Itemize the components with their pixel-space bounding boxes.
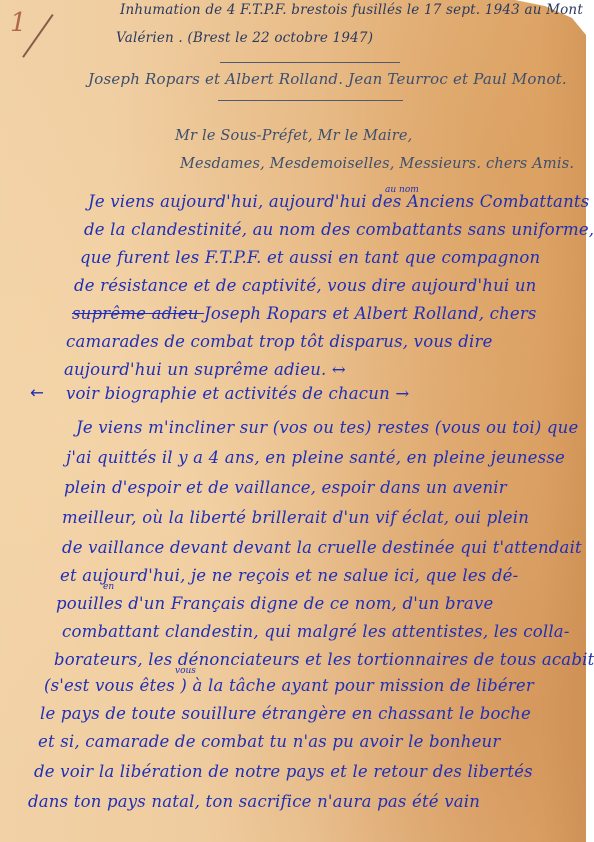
body-line-11: plein d'espoir et de vaillance, espoir d… bbox=[64, 478, 507, 497]
body-line-4-text: de résistance et de captivité, vous dire… bbox=[74, 276, 537, 295]
margin-arrow-left-icon: ← bbox=[30, 383, 44, 402]
body-line-7: aujourd'hui un suprême adieu. ↔ bbox=[64, 360, 346, 379]
body-line-5-text: Joseph Ropars et Albert Rolland, chers bbox=[204, 304, 537, 323]
body-line-5: suprême adieu Joseph Ropars et Albert Ro… bbox=[72, 304, 537, 323]
body-line-13: de vaillance devant devant la cruelle de… bbox=[62, 538, 582, 557]
insertion-en: en bbox=[103, 582, 114, 592]
body-line-6: camarades de combat trop tôt disparus, v… bbox=[66, 332, 493, 351]
page-number: 1 bbox=[10, 8, 27, 38]
body-line-14: et aujourd'hui, je ne reçois et ne salue… bbox=[60, 566, 518, 585]
body-line-22: dans ton pays natal, ton sacrifice n'aur… bbox=[28, 792, 480, 811]
body-line-17: borateurs, les dénonciateurs et les tort… bbox=[54, 650, 594, 669]
body-line-1: Je viens aujourd'hui, aujourd'hui des An… bbox=[88, 192, 589, 211]
body-line-12: meilleur, où la liberté brillerait d'un … bbox=[62, 508, 529, 527]
body-line-16: combattant clandestin, qui malgré les at… bbox=[62, 622, 570, 641]
body-line-20: et si, camarade de combat tu n'as pu avo… bbox=[38, 732, 500, 751]
body-line-19: le pays de toute souillure étrangère en … bbox=[40, 704, 531, 723]
body-line-note: voir biographie et activités de chacun → bbox=[66, 384, 409, 403]
header-rule-top bbox=[220, 62, 400, 63]
body-line-15: pouilles d'un Français digne de ce nom, … bbox=[56, 594, 493, 613]
body-line-3: que furent les F.T.P.F. et aussi en tant… bbox=[80, 248, 540, 267]
salutation-line-2: Mesdames, Mesdemoiselles, Messieurs. che… bbox=[180, 156, 574, 172]
header-rule-bottom bbox=[218, 100, 403, 101]
body-line-2: de la clandestinité, au nom des combatta… bbox=[84, 220, 594, 239]
struck-supreme-adieu: suprême adieu bbox=[72, 304, 204, 323]
salutation-line-1: Mr le Sous-Préfet, Mr le Maire, bbox=[175, 128, 413, 144]
insertion-vous: vous bbox=[175, 666, 196, 676]
body-line-18: (s'est vous êtes ) à la tâche ayant pour… bbox=[44, 676, 534, 695]
header-names: Joseph Ropars et Albert Rolland. Jean Te… bbox=[88, 70, 567, 88]
body-line-4: de résistance et de captivité, vous dire… bbox=[74, 276, 537, 295]
header-line-2: Valérien . (Brest le 22 octobre 1947) bbox=[116, 30, 373, 46]
body-line-9: Je viens m'incliner sur (vos ou tes) res… bbox=[76, 418, 578, 437]
body-line-10: j'ai quittés il y a 4 ans, en pleine san… bbox=[66, 448, 565, 467]
header-line-1: Inhumation de 4 F.T.P.F. brestois fusill… bbox=[120, 2, 583, 18]
body-line-21: de voir la libération de notre pays et l… bbox=[34, 762, 533, 781]
